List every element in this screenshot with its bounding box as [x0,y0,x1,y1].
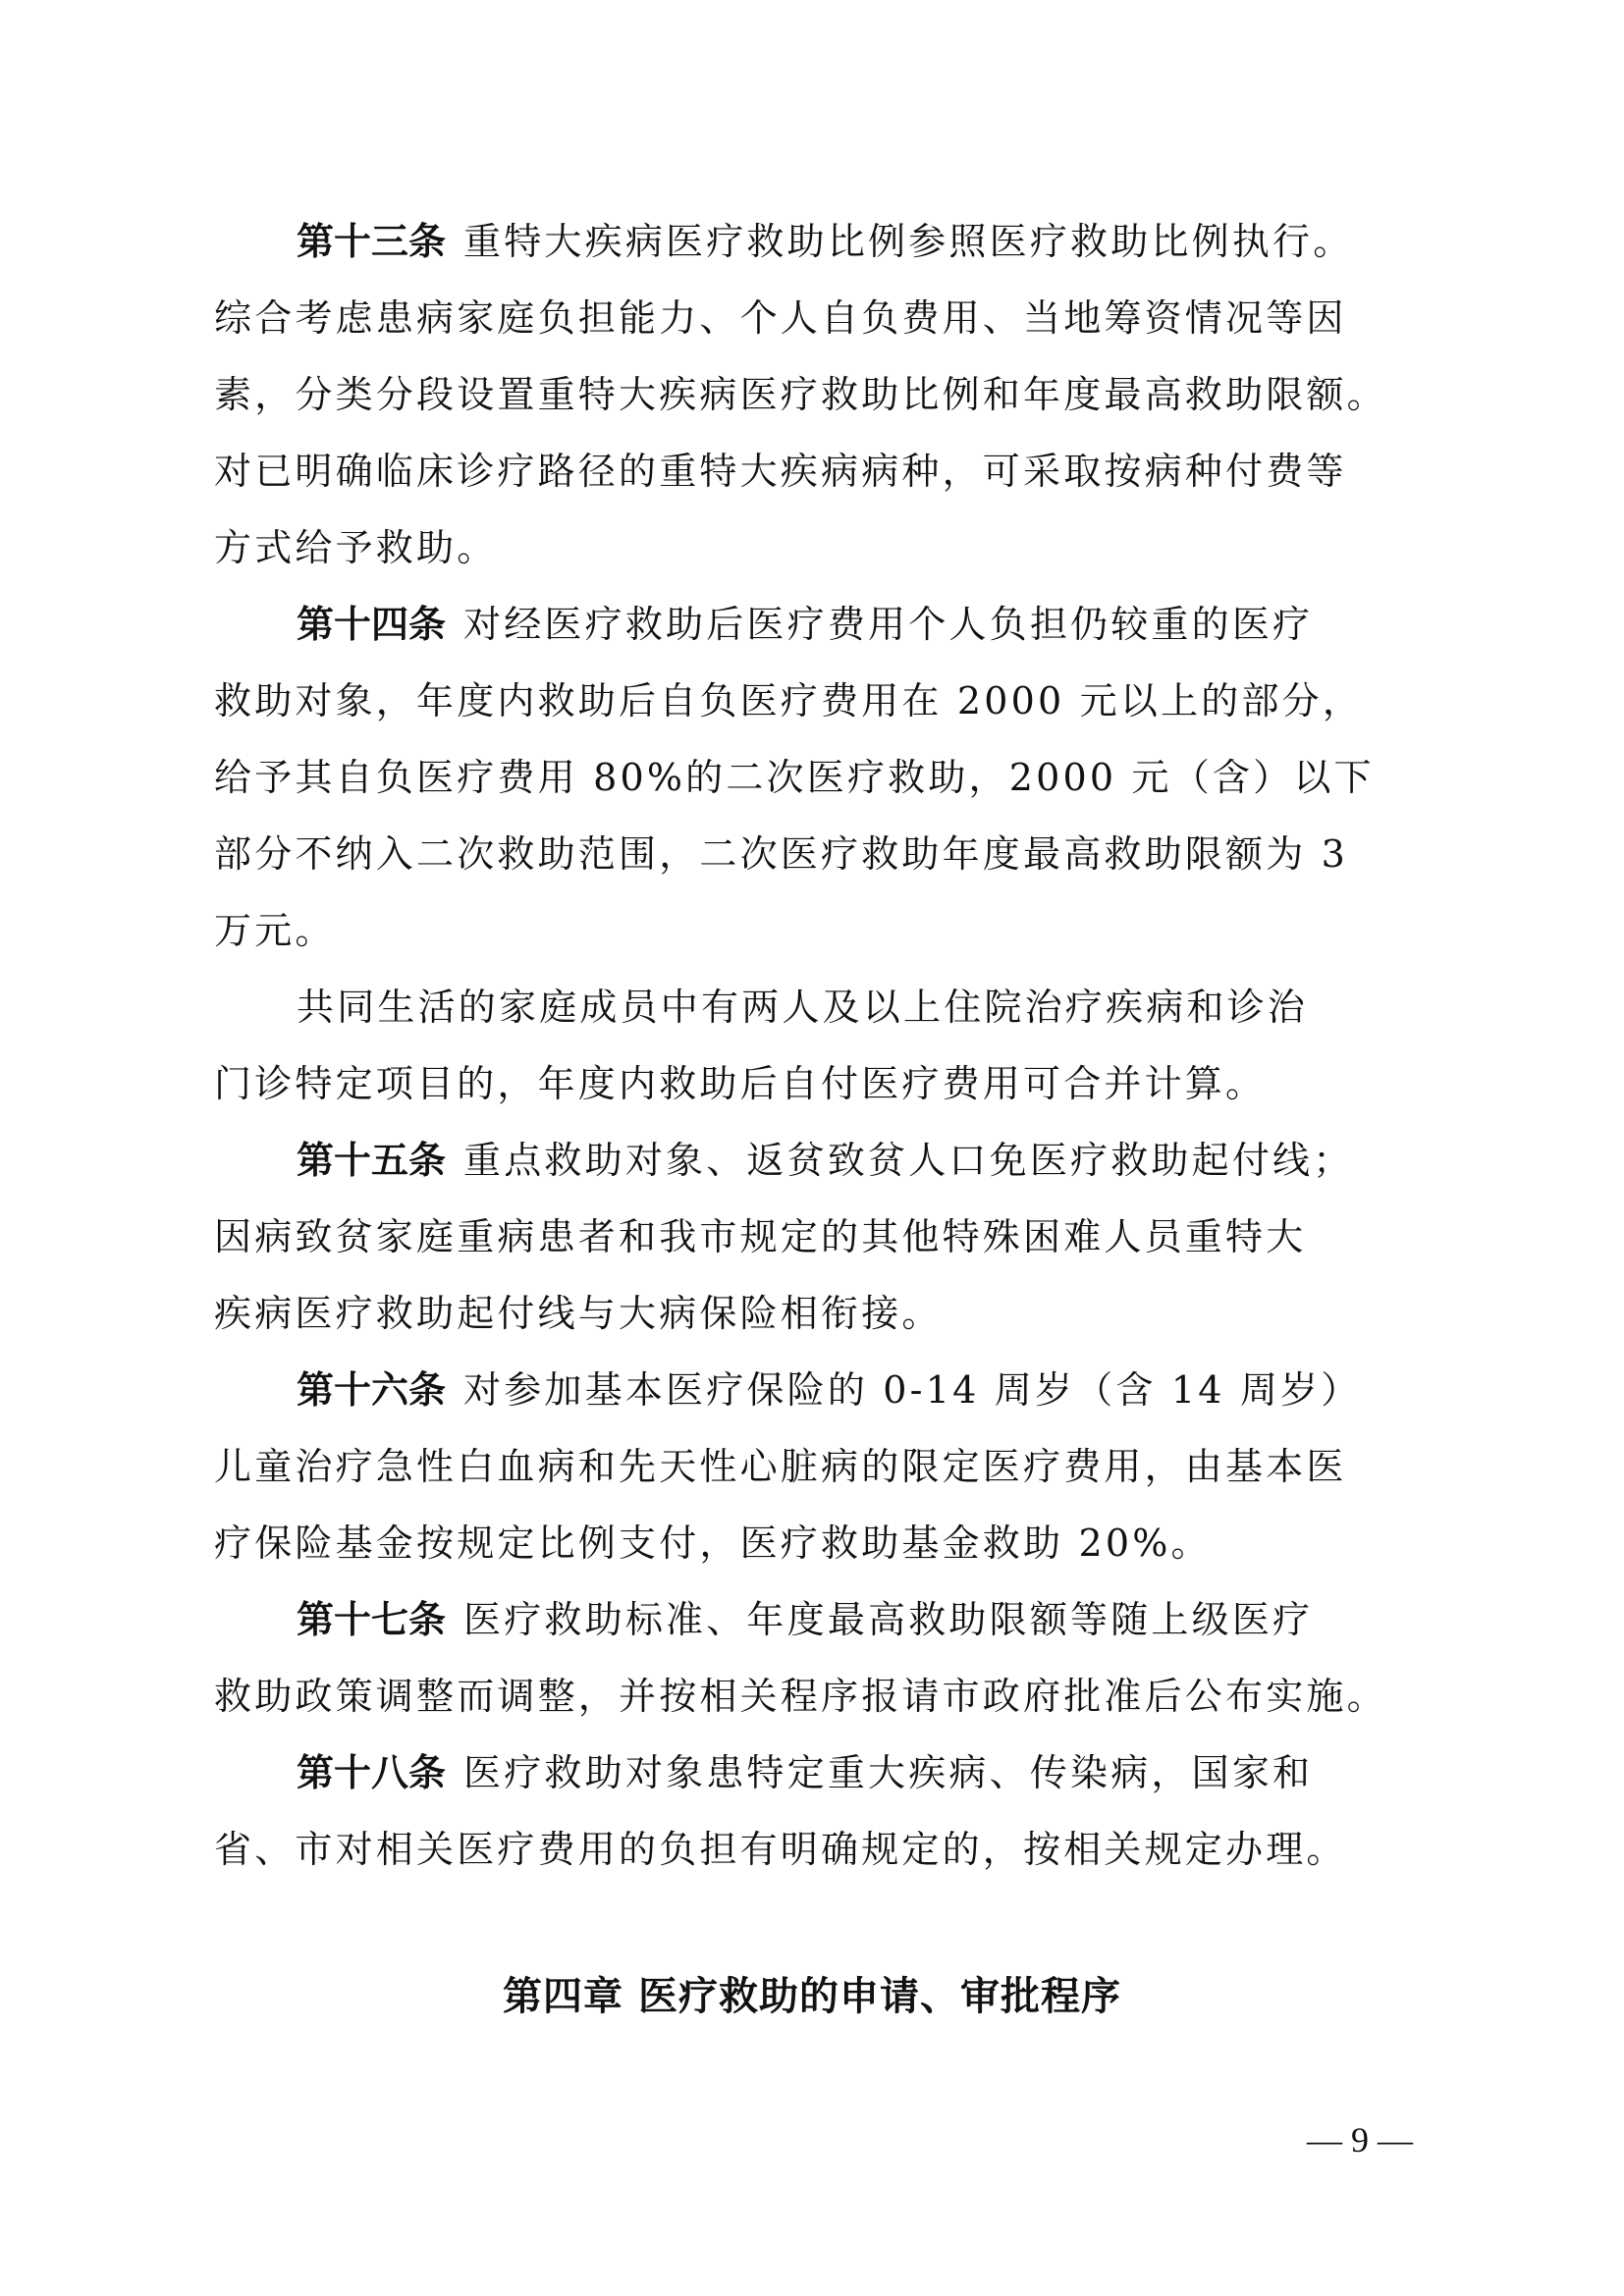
article-13-line-5: 方式给予救助。 [214,524,1451,571]
article-14-label: 第十四条 [297,603,446,646]
article-14-line-4: 部分不纳入二次救助范围，二次医疗救助年度最高救助限额为 3 [214,830,1451,878]
article-16-line-2: 儿童治疗急性白血病和先天性心脏病的限定医疗费用，由基本医 [214,1443,1451,1490]
article-17-label: 第十七条 [297,1598,446,1641]
article-16-line-3: 疗保险基金按规定比例支付，医疗救助基金救助 20%。 [214,1520,1451,1567]
article-13-line-2: 综合考虑患病家庭负担能力、个人自负费用、当地筹资情况等因 [214,294,1451,342]
article-15-label: 第十五条 [297,1139,446,1182]
article-13-line-3: 素，分类分段设置重特大疾病医疗救助比例和年度最高救助限额。 [214,371,1451,418]
page-number: — 9 — [1281,2115,1438,2164]
chapter-heading: 第四章 医疗救助的申请、审批程序 [0,1971,1624,2022]
paragraph-line-1: 共同生活的家庭成员中有两人及以上住院治疗疾病和诊治 [297,984,1534,1031]
article-14-line-1: 第十四条对经医疗救助后医疗费用个人负担仍较重的医疗 [297,601,1534,648]
article-15-line-1: 第十五条重点救助对象、返贫致贫人口免医疗救助起付线； [297,1137,1534,1184]
article-14-line-3: 给予其自负医疗费用 80%的二次医疗救助，2000 元（含）以下 [214,754,1451,801]
article-14-line-2: 救助对象，年度内救助后自负医疗费用在 2000 元以上的部分， [214,677,1451,724]
article-13-line-1: 第十三条重特大疾病医疗救助比例参照医疗救助比例执行。 [297,218,1534,265]
article-17-line-2: 救助政策调整而调整，并按相关程序报请市政府批准后公布实施。 [214,1673,1451,1720]
article-14-line-5: 万元。 [214,907,1451,954]
article-18-line-1: 第十八条医疗救助对象患特定重大疾病、传染病，国家和 [297,1749,1534,1796]
article-17-line-1: 第十七条医疗救助标准、年度最高救助限额等随上级医疗 [297,1596,1534,1643]
paragraph-line-2: 门诊特定项目的，年度内救助后自付医疗费用可合并计算。 [214,1060,1451,1107]
article-15-line-2: 因病致贫家庭重病患者和我市规定的其他特殊困难人员重特大 [214,1213,1451,1260]
article-16-line-1: 第十六条对参加基本医疗保险的 0-14 周岁（含 14 周岁） [297,1366,1534,1414]
article-13-line-4: 对已明确临床诊疗路径的重特大疾病病种，可采取按病种付费等 [214,448,1451,495]
document-page: 第十三条重特大疾病医疗救助比例参照医疗救助比例执行。 综合考虑患病家庭负担能力、… [0,0,1624,2296]
article-13-label: 第十三条 [297,220,446,263]
article-18-line-2: 省、市对相关医疗费用的负担有明确规定的，按相关规定办理。 [214,1826,1451,1873]
article-18-label: 第十八条 [297,1751,446,1794]
article-15-line-3: 疾病医疗救助起付线与大病保险相衔接。 [214,1290,1451,1337]
article-16-label: 第十六条 [297,1368,446,1412]
